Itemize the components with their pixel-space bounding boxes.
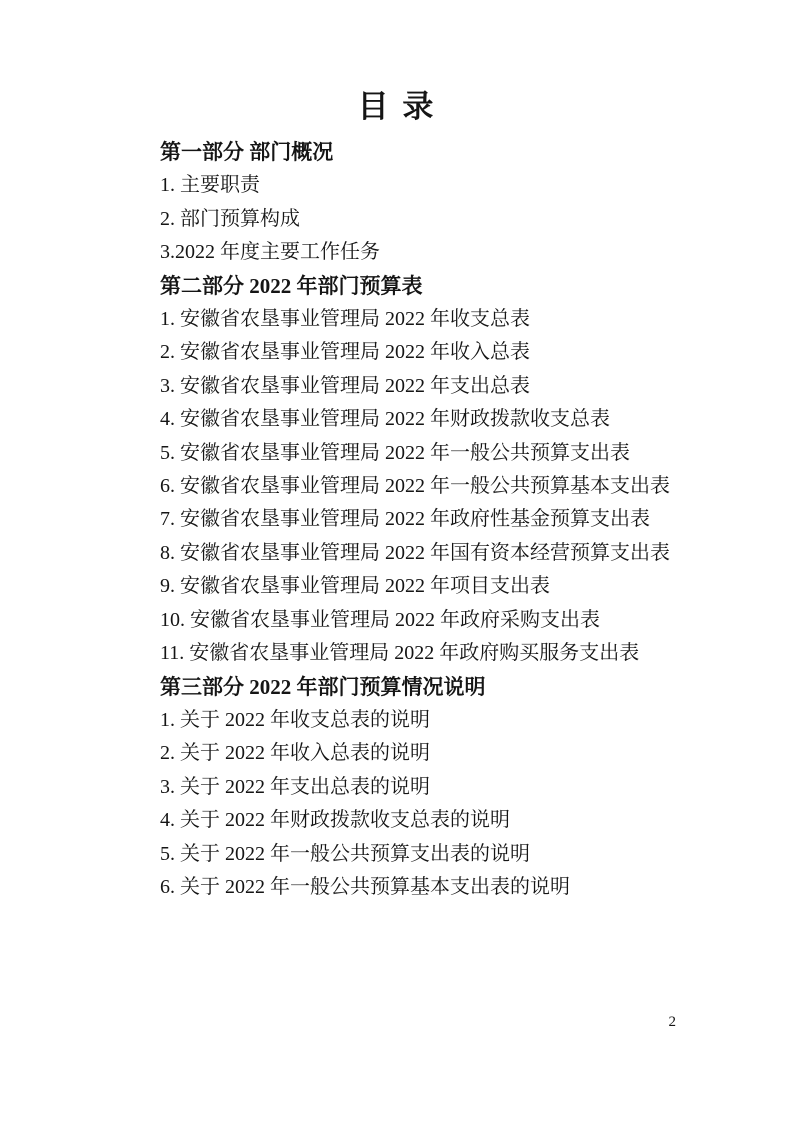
toc-item: 6. 安徽省农垦事业管理局 2022 年一般公共预算基本支出表 bbox=[120, 470, 676, 503]
toc-content: 第一部分 部门概况 1. 主要职责 2. 部门预算构成 3.2022 年度主要工… bbox=[120, 136, 676, 904]
toc-section-2-heading: 第二部分 2022 年部门预算表 bbox=[120, 270, 676, 303]
toc-item: 2. 安徽省农垦事业管理局 2022 年收入总表 bbox=[120, 336, 676, 369]
toc-item: 7. 安徽省农垦事业管理局 2022 年政府性基金预算支出表 bbox=[120, 503, 676, 536]
toc-item: 1. 主要职责 bbox=[120, 169, 676, 202]
toc-item: 10. 安徽省农垦事业管理局 2022 年政府采购支出表 bbox=[120, 604, 676, 637]
toc-item: 3.2022 年度主要工作任务 bbox=[120, 236, 676, 269]
toc-item: 8. 安徽省农垦事业管理局 2022 年国有资本经营预算支出表 bbox=[120, 537, 676, 570]
toc-section-1-heading: 第一部分 部门概况 bbox=[120, 136, 676, 169]
toc-item: 5. 安徽省农垦事业管理局 2022 年一般公共预算支出表 bbox=[120, 437, 676, 470]
toc-item: 3. 安徽省农垦事业管理局 2022 年支出总表 bbox=[120, 370, 676, 403]
toc-item: 9. 安徽省农垦事业管理局 2022 年项目支出表 bbox=[120, 570, 676, 603]
toc-item: 2. 部门预算构成 bbox=[120, 203, 676, 236]
toc-item: 3. 关于 2022 年支出总表的说明 bbox=[120, 771, 676, 804]
toc-item: 1. 安徽省农垦事业管理局 2022 年收支总表 bbox=[120, 303, 676, 336]
toc-item: 4. 安徽省农垦事业管理局 2022 年财政拨款收支总表 bbox=[120, 403, 676, 436]
toc-item: 5. 关于 2022 年一般公共预算支出表的说明 bbox=[120, 838, 676, 871]
document-page: 目 录 第一部分 部门概况 1. 主要职责 2. 部门预算构成 3.2022 年… bbox=[0, 0, 794, 1122]
toc-section-3-heading: 第三部分 2022 年部门预算情况说明 bbox=[120, 671, 676, 704]
page-number: 2 bbox=[669, 1012, 677, 1032]
toc-item: 1. 关于 2022 年收支总表的说明 bbox=[120, 704, 676, 737]
page-title: 目 录 bbox=[0, 0, 794, 126]
toc-item: 2. 关于 2022 年收入总表的说明 bbox=[120, 737, 676, 770]
toc-item: 11. 安徽省农垦事业管理局 2022 年政府购买服务支出表 bbox=[120, 637, 676, 670]
toc-item: 6. 关于 2022 年一般公共预算基本支出表的说明 bbox=[120, 871, 676, 904]
toc-item: 4. 关于 2022 年财政拨款收支总表的说明 bbox=[120, 804, 676, 837]
